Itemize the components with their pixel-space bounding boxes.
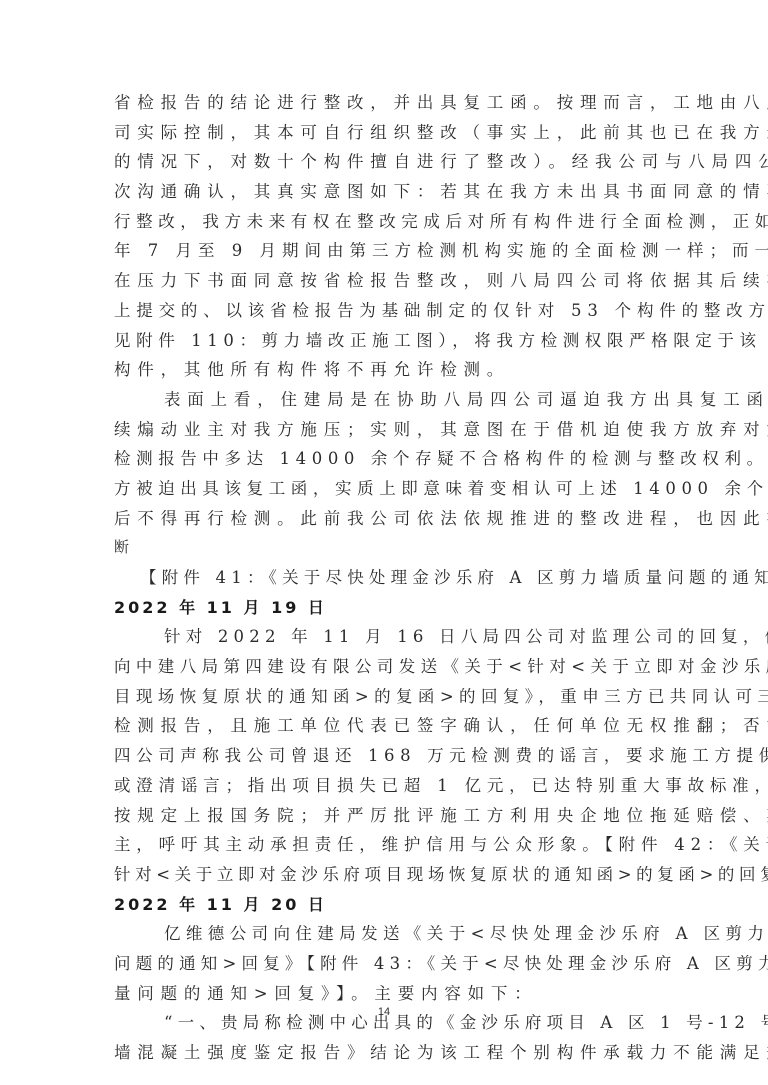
- text-line: 按规定上报国务院；并严厉批评施工方利用央企地位拖延赔偿、欺骗业: [114, 801, 644, 831]
- paragraph-reply-to-cscec: 针对 2022 年 11 月 16 日八局四公司对监理公司的回复，亿维德公司 向…: [114, 622, 644, 889]
- text-line: 断: [114, 533, 644, 563]
- text-line: 见附件 110：剪力墙改正施工图），将我方检测权限严格限定于该 53 个: [114, 326, 644, 356]
- text-line: 后不得再行检测。此前我公司依法依规推进的整改进程，也因此被迫中: [114, 504, 644, 534]
- text-line: 亿维德公司向住建局发送《关于<尽快处理金沙乐府 A 区剪力墙质量: [114, 919, 644, 949]
- text-line: 司实际控制，其本可自行组织整改（事实上，此前其也已在我方未同意: [114, 118, 644, 148]
- paragraph-intent-analysis: 省检报告的结论进行整改，并出具复工函。按理而言，工地由八局四公 司实际控制，其本…: [114, 88, 644, 385]
- attachment-reference-41: 【附件 41：《关于尽快处理金沙乐府 A 区剪力墙质量问题的通知》】: [114, 563, 644, 593]
- text-line: 针对<关于立即对金沙乐府项目现场恢复原状的通知函>的复函>的回复》】: [114, 860, 644, 890]
- text-line: 或澄清谣言；指出项目损失已超 1 亿元，已达特别重大事故标准，建议: [114, 771, 644, 801]
- text-line: 次沟通确认，其真实意图如下：若其在我方未出具书面同意的情况下自: [114, 177, 644, 207]
- text-line: 在压力下书面同意按省检报告整改，则八局四公司将依据其后续在法庭: [114, 266, 644, 296]
- text-line: 省检报告的结论进行整改，并出具复工函。按理而言，工地由八局四公: [114, 88, 644, 118]
- text-line: 的情况下，对数十个构件擅自进行了整改）。经我公司与八局四公司多: [114, 147, 644, 177]
- text-line: 检测报告，且施工单位代表已签字确认，任何单位无权推翻；否认八局: [114, 711, 644, 741]
- date-heading: 2022 年 11 月 20 日: [114, 890, 644, 920]
- text-line: 构件，其他所有构件将不再允许检测。: [114, 355, 644, 385]
- text-line: 上提交的、以该省检报告为基础制定的仅针对 53 个构件的整改方案（详: [114, 296, 644, 326]
- date-heading: 2022 年 11 月 19 日: [114, 593, 644, 623]
- text-line: 针对 2022 年 11 月 16 日八局四公司对监理公司的回复，亿维德公司: [114, 622, 644, 652]
- text-line: 问题的通知>回复》【附件 43：《关于<尽快处理金沙乐府 A 区剪力墙质: [114, 949, 644, 979]
- page-body: 省检报告的结论进行整改，并出具复工函。按理而言，工地由八局四公 司实际控制，其本…: [114, 88, 644, 1068]
- text-line: 四公司声称我公司曾退还 168 万元检测费的谣言，要求施工方提供证据: [114, 741, 644, 771]
- text-line: 方被迫出具该复工函，实质上即意味着变相认可上述 14000 余个构件今: [114, 474, 644, 504]
- text-line: 墙混凝土强度鉴定报告》结论为该工程个别构件承载力不能满足规范要: [114, 1038, 644, 1068]
- text-line: 目现场恢复原状的通知函>的复函>的回复》，重申三方已共同认可三方: [114, 682, 644, 712]
- text-line: 向中建八局第四建设有限公司发送《关于<针对<关于立即对金沙乐府项: [114, 652, 644, 682]
- text-line: 检测报告中多达 14000 余个存疑不合格构件的检测与整改权利。一旦我: [114, 444, 644, 474]
- text-line: 续煽动业主对我方施压；实则，其意图在于借机迫使我方放弃对第三方: [114, 415, 644, 445]
- text-line: 【附件 41：《关于尽快处理金沙乐府 A 区剪力墙质量问题的通知》】: [114, 563, 644, 593]
- text-line: 表面上看，住建局是在协助八局四公司逼迫我方出具复工函，并持: [114, 385, 644, 415]
- text-line: 行整改，我方未来有权在整改完成后对所有构件进行全面检测，正如 2022: [114, 207, 644, 237]
- paragraph-surface-view: 表面上看，住建局是在协助八局四公司逼迫我方出具复工函，并持 续煽动业主对我方施压…: [114, 385, 644, 563]
- document-page: 省检报告的结论进行整改，并出具复工函。按理而言，工地由八局四公 司实际控制，其本…: [0, 0, 768, 1085]
- paragraph-reply-to-housing-bureau: 亿维德公司向住建局发送《关于<尽快处理金沙乐府 A 区剪力墙质量 问题的通知>回…: [114, 919, 644, 1008]
- text-line: 年 7 月至 9 月期间由第三方检测机构实施的全面检测一样；而一旦我方: [114, 236, 644, 266]
- page-number: 14: [0, 1006, 768, 1018]
- text-line: 主，呼吁其主动承担责任，维护信用与公众形象。【附件 42：《关于<: [114, 830, 644, 860]
- text-line: 量问题的通知>回复》】。主要内容如下：: [114, 979, 644, 1009]
